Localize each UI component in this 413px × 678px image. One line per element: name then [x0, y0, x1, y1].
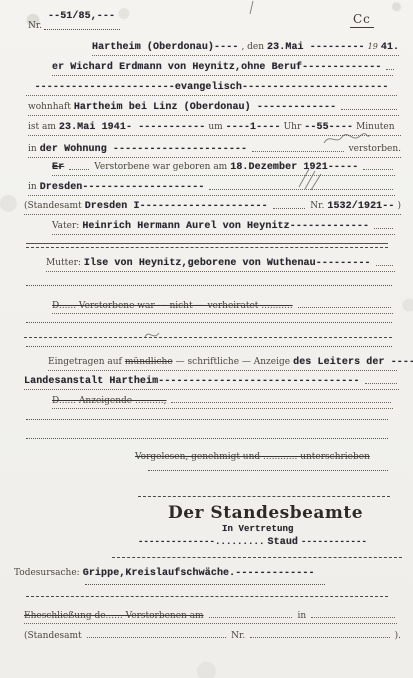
dashed-rule — [26, 596, 388, 597]
registrar-signature: Staud — [268, 537, 299, 548]
birth-place-line: in Dresden-------------------- — [28, 182, 395, 196]
landesanstalt-hartheim: Landesanstalt Hartheim------------------… — [24, 376, 360, 387]
dotted-rule — [44, 29, 120, 30]
dotted-rule — [148, 470, 388, 471]
residence-label: wohnhaft — [28, 102, 71, 112]
birth-registry-nr: 1532/1921-- — [327, 201, 394, 212]
dotted-rule — [26, 285, 392, 286]
mother-line: Mutter: Ilse von Heynitz,geborene von Wu… — [46, 258, 395, 272]
todesursache-value: Grippe,Kreislaufschwäche.------------- — [83, 568, 315, 579]
birth-prefix: Er — [52, 162, 64, 173]
registry-nr-label: Nr. — [28, 21, 42, 31]
residence-line: wohnhaft Hartheim bei Linz (Oberdonau) -… — [28, 102, 399, 116]
in-vertretung: In Vertretung — [222, 524, 294, 534]
dateline-den-label: , den — [241, 42, 264, 52]
registration-line: Eingetragen auf mündliche — schriftliche… — [48, 357, 397, 371]
dateline-date: 23.Mai --------- — [267, 42, 365, 53]
dotted-leader — [363, 169, 393, 170]
birth-registry-line: (Standesamt Dresden I-------------------… — [24, 201, 401, 215]
anzeigende-text: D...... Anzeigende .........., — [52, 396, 166, 406]
vorgelesen-text: Vorgelesen, genehmigt und ............ u… — [135, 452, 370, 462]
signature-line: --------------......... Staud ----------… — [138, 537, 390, 548]
anzeige-von: des Leiters der ------ — [293, 357, 413, 368]
registrar-title: Der Standesbeamte — [168, 503, 363, 523]
dashed-rule — [112, 557, 402, 558]
dotted-leader — [298, 307, 391, 308]
death-date: 23.Mai 1941- ----------- — [59, 122, 205, 133]
marital-status-line: D...... Verstorbene war --- nicht --- ve… — [52, 301, 393, 314]
divider-rule — [26, 243, 388, 244]
dateline-year: 41. — [381, 42, 399, 53]
dotted-rule — [26, 322, 392, 323]
geboren-am-label: Verstorbene war geboren am — [94, 162, 227, 172]
registration-line-2: Landesanstalt Hartheim------------------… — [24, 376, 399, 390]
nr-label: Nr. — [310, 201, 324, 211]
dotted-rule — [85, 584, 325, 585]
birth-standesamt: Dresden I--------------------- — [85, 201, 268, 212]
dotted-leader — [341, 109, 397, 110]
father-line: Vater: Heinrich Hermann Aurel von Heynit… — [52, 221, 395, 235]
in-label: in — [297, 611, 306, 621]
mother-label: Mutter: — [46, 258, 81, 268]
dateline-place: Hartheim (Oberdonau)---- — [92, 42, 238, 53]
dotted-leader — [209, 189, 393, 190]
divider-rule — [26, 247, 388, 248]
dotted-rule — [26, 419, 388, 420]
dotted-leader — [374, 228, 393, 229]
dashed-rule — [138, 496, 390, 497]
nr-label: Nr. — [231, 631, 245, 641]
eingetragen-label: Eingetragen auf — [48, 357, 122, 367]
ist-am-label: ist am — [28, 122, 56, 132]
dateline-year-prefix: 19 — [368, 42, 378, 51]
dotted-leader — [311, 617, 395, 618]
signature-dashes-right: ------------ — [301, 537, 367, 547]
handwritten-mark-loop — [143, 329, 161, 341]
vorgelesen-line: Vorgelesen, genehmigt und ............ u… — [135, 452, 397, 462]
marital-status-text: D...... Verstorbene war --- nicht --- ve… — [52, 301, 293, 311]
dotted-rule — [26, 438, 388, 439]
residence-value: Hartheim bei Linz (Oberdonau) ----------… — [74, 102, 336, 113]
close-paren: ) — [397, 201, 401, 211]
dotted-leader — [365, 383, 397, 384]
dotted-leader — [386, 69, 394, 70]
marriage-text: Eheschließung de...... Verstorbenen am — [24, 611, 204, 621]
dotted-leader — [273, 208, 306, 209]
footer-registry-line: (Standesamt Nr. ). — [24, 631, 401, 641]
corner-mark: Cc — [350, 12, 374, 28]
schriftliche-anzeige-label: — schriftliche — Anzeige — [176, 357, 290, 367]
cause-of-death-line: Todesursache: Grippe,Kreislaufschwäche.-… — [14, 568, 343, 579]
dateline: Hartheim (Oberdonau)---- , den 23.Mai --… — [92, 42, 399, 56]
dotted-leader — [171, 402, 391, 403]
muendliche-label: mündliche — [125, 357, 173, 367]
deceased-name-line: er Wichard Erdmann von Heynitz,ohne Beru… — [52, 62, 393, 76]
handwritten-mark-top — [248, 0, 256, 16]
death-certificate-scan: Nr. --51/85,--- Cc Hartheim (Oberdonau)-… — [0, 0, 413, 678]
father-name: Heinrich Hermann Aurel von Heynitz------… — [82, 221, 369, 232]
handwritten-mark-paraph — [322, 131, 372, 147]
father-label: Vater: — [52, 221, 79, 231]
registry-nr-value: --51/85,--- — [48, 11, 115, 22]
dotted-leader — [209, 617, 293, 618]
birth-date-line: Er Verstorbene war geboren am 18.Dezembe… — [52, 162, 395, 176]
religion-line: -----------------------evangelisch------… — [26, 82, 397, 96]
todesursache-label: Todesursache: — [14, 568, 80, 578]
dotted-leader — [87, 637, 226, 638]
dotted-leader — [250, 637, 389, 638]
dashed-rule — [24, 337, 392, 338]
anzeigende-line: D...... Anzeigende .........., — [52, 396, 393, 409]
um-label: um — [208, 122, 222, 132]
death-hour: ----1---- — [226, 122, 281, 133]
signature-dashes-left: --------------......... — [138, 537, 265, 547]
standesamt-label: (Standesamt — [24, 201, 82, 211]
death-place: der Wohnung ---------------------- — [40, 144, 247, 155]
marriage-line: Eheschließung de...... Verstorbenen am i… — [24, 611, 397, 624]
dotted-leader — [376, 265, 393, 266]
in-label: in — [28, 144, 37, 154]
dotted-leader — [252, 151, 343, 152]
dotted-leader — [69, 169, 89, 170]
uhr-label: Uhr — [284, 122, 302, 132]
dotted-rule — [26, 346, 392, 347]
religion-value: -----------------------evangelisch------… — [35, 82, 389, 93]
in-label: in — [28, 182, 37, 192]
birth-place: Dresden-------------------- — [40, 182, 205, 193]
deceased-name: er Wichard Erdmann von Heynitz,ohne Beru… — [52, 62, 381, 73]
standesamt-label: (Standesamt — [24, 631, 82, 641]
mother-name: Ilse von Heynitz,geborene von Wuthenau--… — [84, 258, 371, 269]
close-paren: ). — [395, 631, 401, 641]
